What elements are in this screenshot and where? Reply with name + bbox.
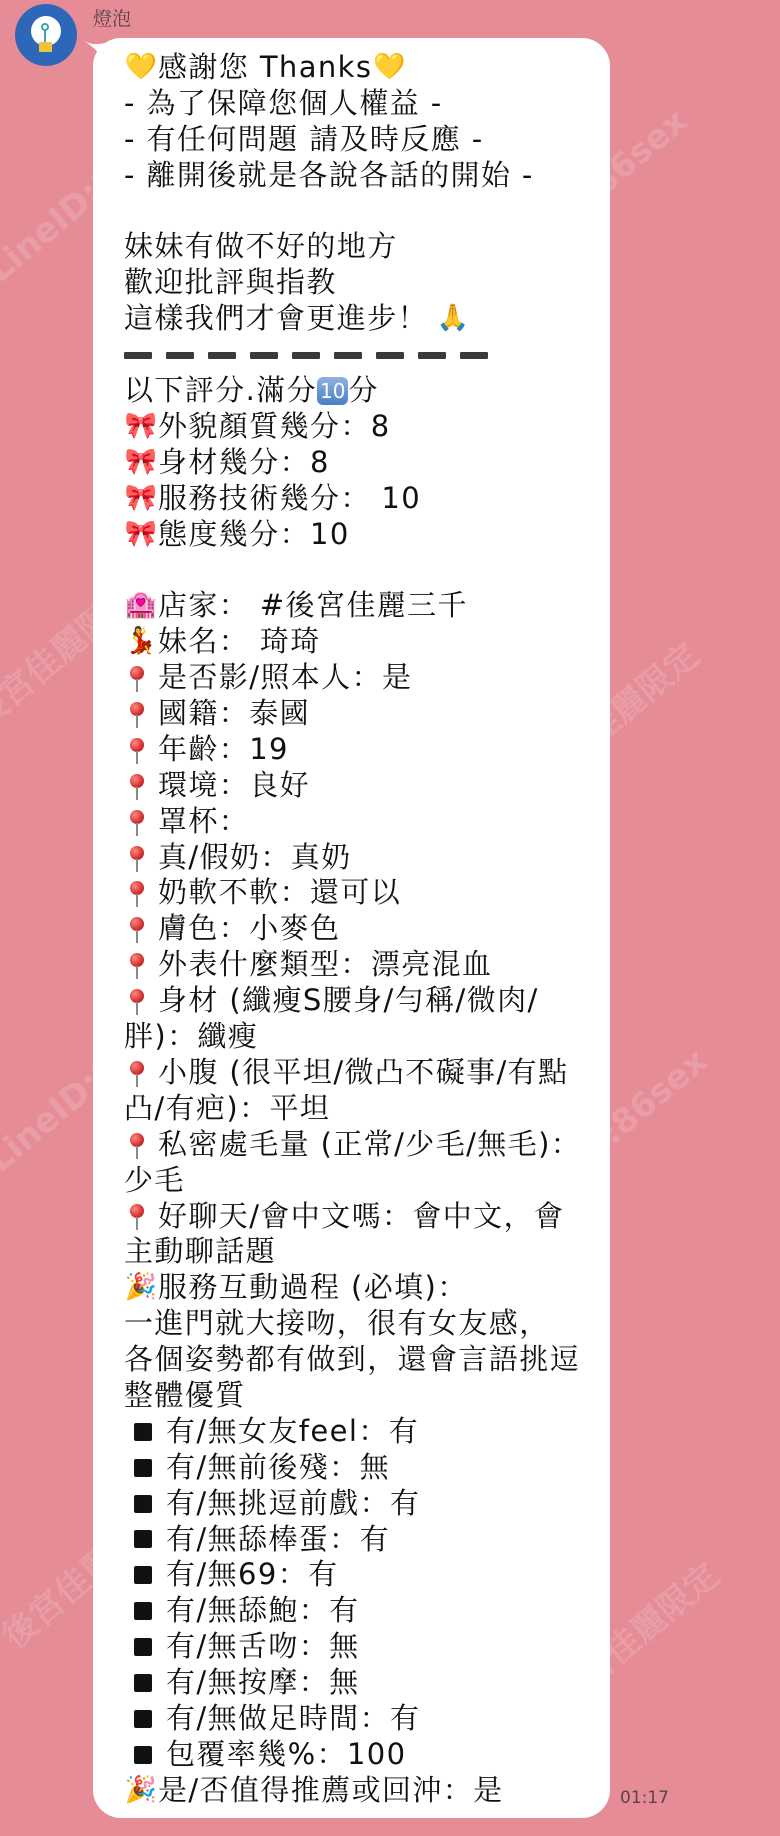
detail-text: 真/假奶：真奶 (158, 840, 352, 876)
folded-hands-icon: 🙏 (436, 301, 470, 337)
rating-label: 身材幾分：8 (158, 445, 330, 481)
detail-text: 年齡：19 (158, 732, 289, 768)
detail-item: 國籍：泰國 (124, 696, 604, 732)
girl-text: 妹名： 琦琦 (158, 624, 321, 660)
pushpin-icon (124, 699, 158, 729)
divider-dash (334, 352, 362, 359)
detail-item: 好聊天/會中文嗎：會中文，會 (124, 1199, 604, 1235)
pushpin-icon (124, 1130, 158, 1160)
shop-line: 🏩 店家： #後宮佳麗三千 (124, 588, 604, 624)
intro-line: 這樣我們才會更進步！ 🙏 (124, 301, 604, 337)
checklist-text: 有/無69：有 (166, 1557, 338, 1593)
checklist-text: 有/無挑逗前戲：有 (166, 1486, 420, 1522)
ratings-title: 以下評分.滿分 10 分 (124, 373, 604, 409)
divider-dash (124, 352, 152, 359)
detail-item: 膚色：小麥色 (124, 911, 604, 947)
yellow-heart-icon: 💛 (124, 50, 158, 86)
detail-text: 是否影/照本人：是 (158, 660, 412, 696)
divider (124, 337, 604, 373)
ribbon-icon: 🎀 (124, 481, 158, 517)
detail-text: 國籍：泰國 (158, 696, 310, 732)
detail-text: 膚色：小麥色 (158, 911, 340, 947)
detail-continuation: 胖)：纖瘦 (124, 1019, 604, 1055)
checklist-text: 有/無做足時間：有 (166, 1701, 420, 1737)
keycap-ten-icon: 10 (317, 377, 348, 405)
thanks-line: 💛 感謝您 Thanks 💛 (124, 50, 604, 86)
dancer-icon: 💃 (124, 624, 158, 660)
detail-text: 好聊天/會中文嗎：會中文，會 (158, 1199, 564, 1235)
pushpin-icon (124, 986, 158, 1016)
detail-continuation: 主動聊話題 (124, 1234, 604, 1270)
detail-text: 罩杯： (158, 804, 249, 840)
ratings-title-prefix: 以下評分.滿分 (124, 373, 317, 409)
yellow-heart-icon: 💛 (372, 50, 406, 86)
checklist-text: 有/無女友feel：有 (166, 1414, 419, 1450)
detail-continuation: 少毛 (124, 1163, 604, 1199)
black-square-icon (134, 1566, 152, 1584)
pushpin-icon (124, 878, 158, 908)
black-square-icon (134, 1530, 152, 1548)
pushpin-icon (124, 914, 158, 944)
text-line: - 離開後就是各說各話的開始 - (124, 158, 604, 194)
blank-line (124, 194, 604, 230)
service-title-text: 服務互動過程 (必填)： (158, 1270, 468, 1306)
divider-dash (208, 352, 236, 359)
black-square-icon (134, 1602, 152, 1620)
checklist-item: 有/無女友feel：有 (124, 1414, 604, 1450)
ribbon-icon: 🎀 (124, 409, 158, 445)
checklist-text: 有/無舔棒蛋：有 (166, 1522, 390, 1558)
detail-item: 年齡：19 (124, 732, 604, 768)
checklist-item: 包覆率幾%：100 (124, 1737, 604, 1773)
pushpin-icon (124, 1058, 158, 1088)
recommend-text: 是/否值得推薦或回沖：是 (158, 1773, 504, 1809)
divider-dash (166, 352, 194, 359)
checklist-text: 有/無按摩：無 (166, 1665, 360, 1701)
detail-text: 外表什麼類型：漂亮混血 (158, 947, 492, 983)
avatar[interactable] (15, 4, 77, 66)
detail-item: 奶軟不軟：還可以 (124, 875, 604, 911)
pushpin-icon (124, 843, 158, 873)
text-line: - 為了保障您個人權益 - (124, 86, 604, 122)
party-popper-icon: 🎉 (124, 1270, 158, 1306)
rating-item: 🎀 態度幾分：10 (124, 517, 604, 553)
black-square-icon (134, 1746, 152, 1764)
checklist-item: 有/無舔棒蛋：有 (124, 1522, 604, 1558)
pushpin-icon (124, 771, 158, 801)
detail-item: 外表什麼類型：漂亮混血 (124, 947, 604, 983)
checklist-item: 有/無69：有 (124, 1557, 604, 1593)
pushpin-icon (124, 663, 158, 693)
black-square-icon (134, 1674, 152, 1692)
message-timestamp: 01:17 (620, 1788, 669, 1808)
pushpin-icon (124, 807, 158, 837)
service-title: 🎉 服務互動過程 (必填)： (124, 1270, 604, 1306)
rating-item: 🎀 服務技術幾分： 10 (124, 481, 604, 517)
ratings-title-suffix: 分 (348, 373, 378, 409)
rating-item: 🎀 身材幾分：8 (124, 445, 604, 481)
blank-line (124, 552, 604, 588)
rating-label: 外貌顏質幾分：8 (158, 409, 391, 445)
rating-label: 服務技術幾分： 10 (158, 481, 421, 517)
text-line: - 有任何問題 請及時反應 - (124, 122, 604, 158)
black-square-icon (134, 1495, 152, 1513)
rating-label: 態度幾分：10 (158, 517, 350, 553)
black-square-icon (134, 1423, 152, 1441)
party-popper-icon: 🎉 (124, 1773, 158, 1809)
message-content: 💛 感謝您 Thanks 💛 - 為了保障您個人權益 - - 有任何問題 請及時… (124, 50, 604, 1809)
detail-item: 真/假奶：真奶 (124, 840, 604, 876)
black-square-icon (134, 1710, 152, 1728)
pushpin-icon (124, 1201, 158, 1231)
text-line: 歡迎批評與指教 (124, 265, 604, 301)
ribbon-icon: 🎀 (124, 445, 158, 481)
ribbon-icon: 🎀 (124, 517, 158, 553)
detail-item: 罩杯： (124, 804, 604, 840)
lightbulb-stem (44, 30, 46, 42)
detail-text: 小腹 (很平坦/微凸不礙事/有點 (158, 1055, 568, 1091)
service-desc: 一進門就大接吻，很有女友感， (124, 1306, 604, 1342)
service-desc: 整體優質 (124, 1378, 604, 1414)
pushpin-icon (124, 950, 158, 980)
rating-item: 🎀 外貌顏質幾分：8 (124, 409, 604, 445)
divider-dash (376, 352, 404, 359)
checklist-text: 有/無前後殘：無 (166, 1450, 390, 1486)
checklist-item: 有/無舔鮑：有 (124, 1593, 604, 1629)
detail-item: 小腹 (很平坦/微凸不礙事/有點 (124, 1055, 604, 1091)
detail-item: 環境：良好 (124, 768, 604, 804)
checklist-text: 包覆率幾%：100 (166, 1737, 407, 1773)
lightbulb-base (39, 42, 52, 52)
black-square-icon (134, 1638, 152, 1656)
black-square-icon (134, 1459, 152, 1477)
detail-item: 是否影/照本人：是 (124, 660, 604, 696)
checklist-item: 有/無按摩：無 (124, 1665, 604, 1701)
divider-dash (292, 352, 320, 359)
sender-name[interactable]: 燈泡 (93, 4, 131, 31)
checklist-text: 有/無舔鮑：有 (166, 1593, 360, 1629)
detail-text: 奶軟不軟：還可以 (158, 875, 401, 911)
divider-dash (460, 352, 488, 359)
detail-continuation: 凸/有疤)：平坦 (124, 1091, 604, 1127)
divider-dash (250, 352, 278, 359)
intro-text: 這樣我們才會更進步！ (124, 301, 428, 337)
checklist-text: 有/無舌吻：無 (166, 1629, 360, 1665)
recommend-line: 🎉 是/否值得推薦或回沖：是 (124, 1773, 604, 1809)
girl-line: 💃 妹名： 琦琦 (124, 624, 604, 660)
divider-dash (418, 352, 446, 359)
detail-text: 身材 (纖瘦S腰身/勻稱/微肉/ (158, 983, 539, 1019)
thanks-text: 感謝您 Thanks (158, 50, 372, 86)
detail-text: 環境：良好 (158, 768, 310, 804)
checklist-item: 有/無挑逗前戲：有 (124, 1486, 604, 1522)
shop-text: 店家： #後宮佳麗三千 (158, 588, 468, 624)
detail-text: 私密處毛量 (正常/少毛/無毛)： (158, 1127, 581, 1163)
checklist-item: 有/無舌吻：無 (124, 1629, 604, 1665)
pushpin-icon (124, 735, 158, 765)
checklist-item: 有/無做足時間：有 (124, 1701, 604, 1737)
love-hotel-icon: 🏩 (124, 588, 158, 624)
detail-item: 身材 (纖瘦S腰身/勻稱/微肉/ (124, 983, 604, 1019)
detail-item: 私密處毛量 (正常/少毛/無毛)： (124, 1127, 604, 1163)
service-desc: 各個姿勢都有做到，還會言語挑逗 (124, 1342, 604, 1378)
checklist-item: 有/無前後殘：無 (124, 1450, 604, 1486)
text-line: 妹妹有做不好的地方 (124, 229, 604, 265)
